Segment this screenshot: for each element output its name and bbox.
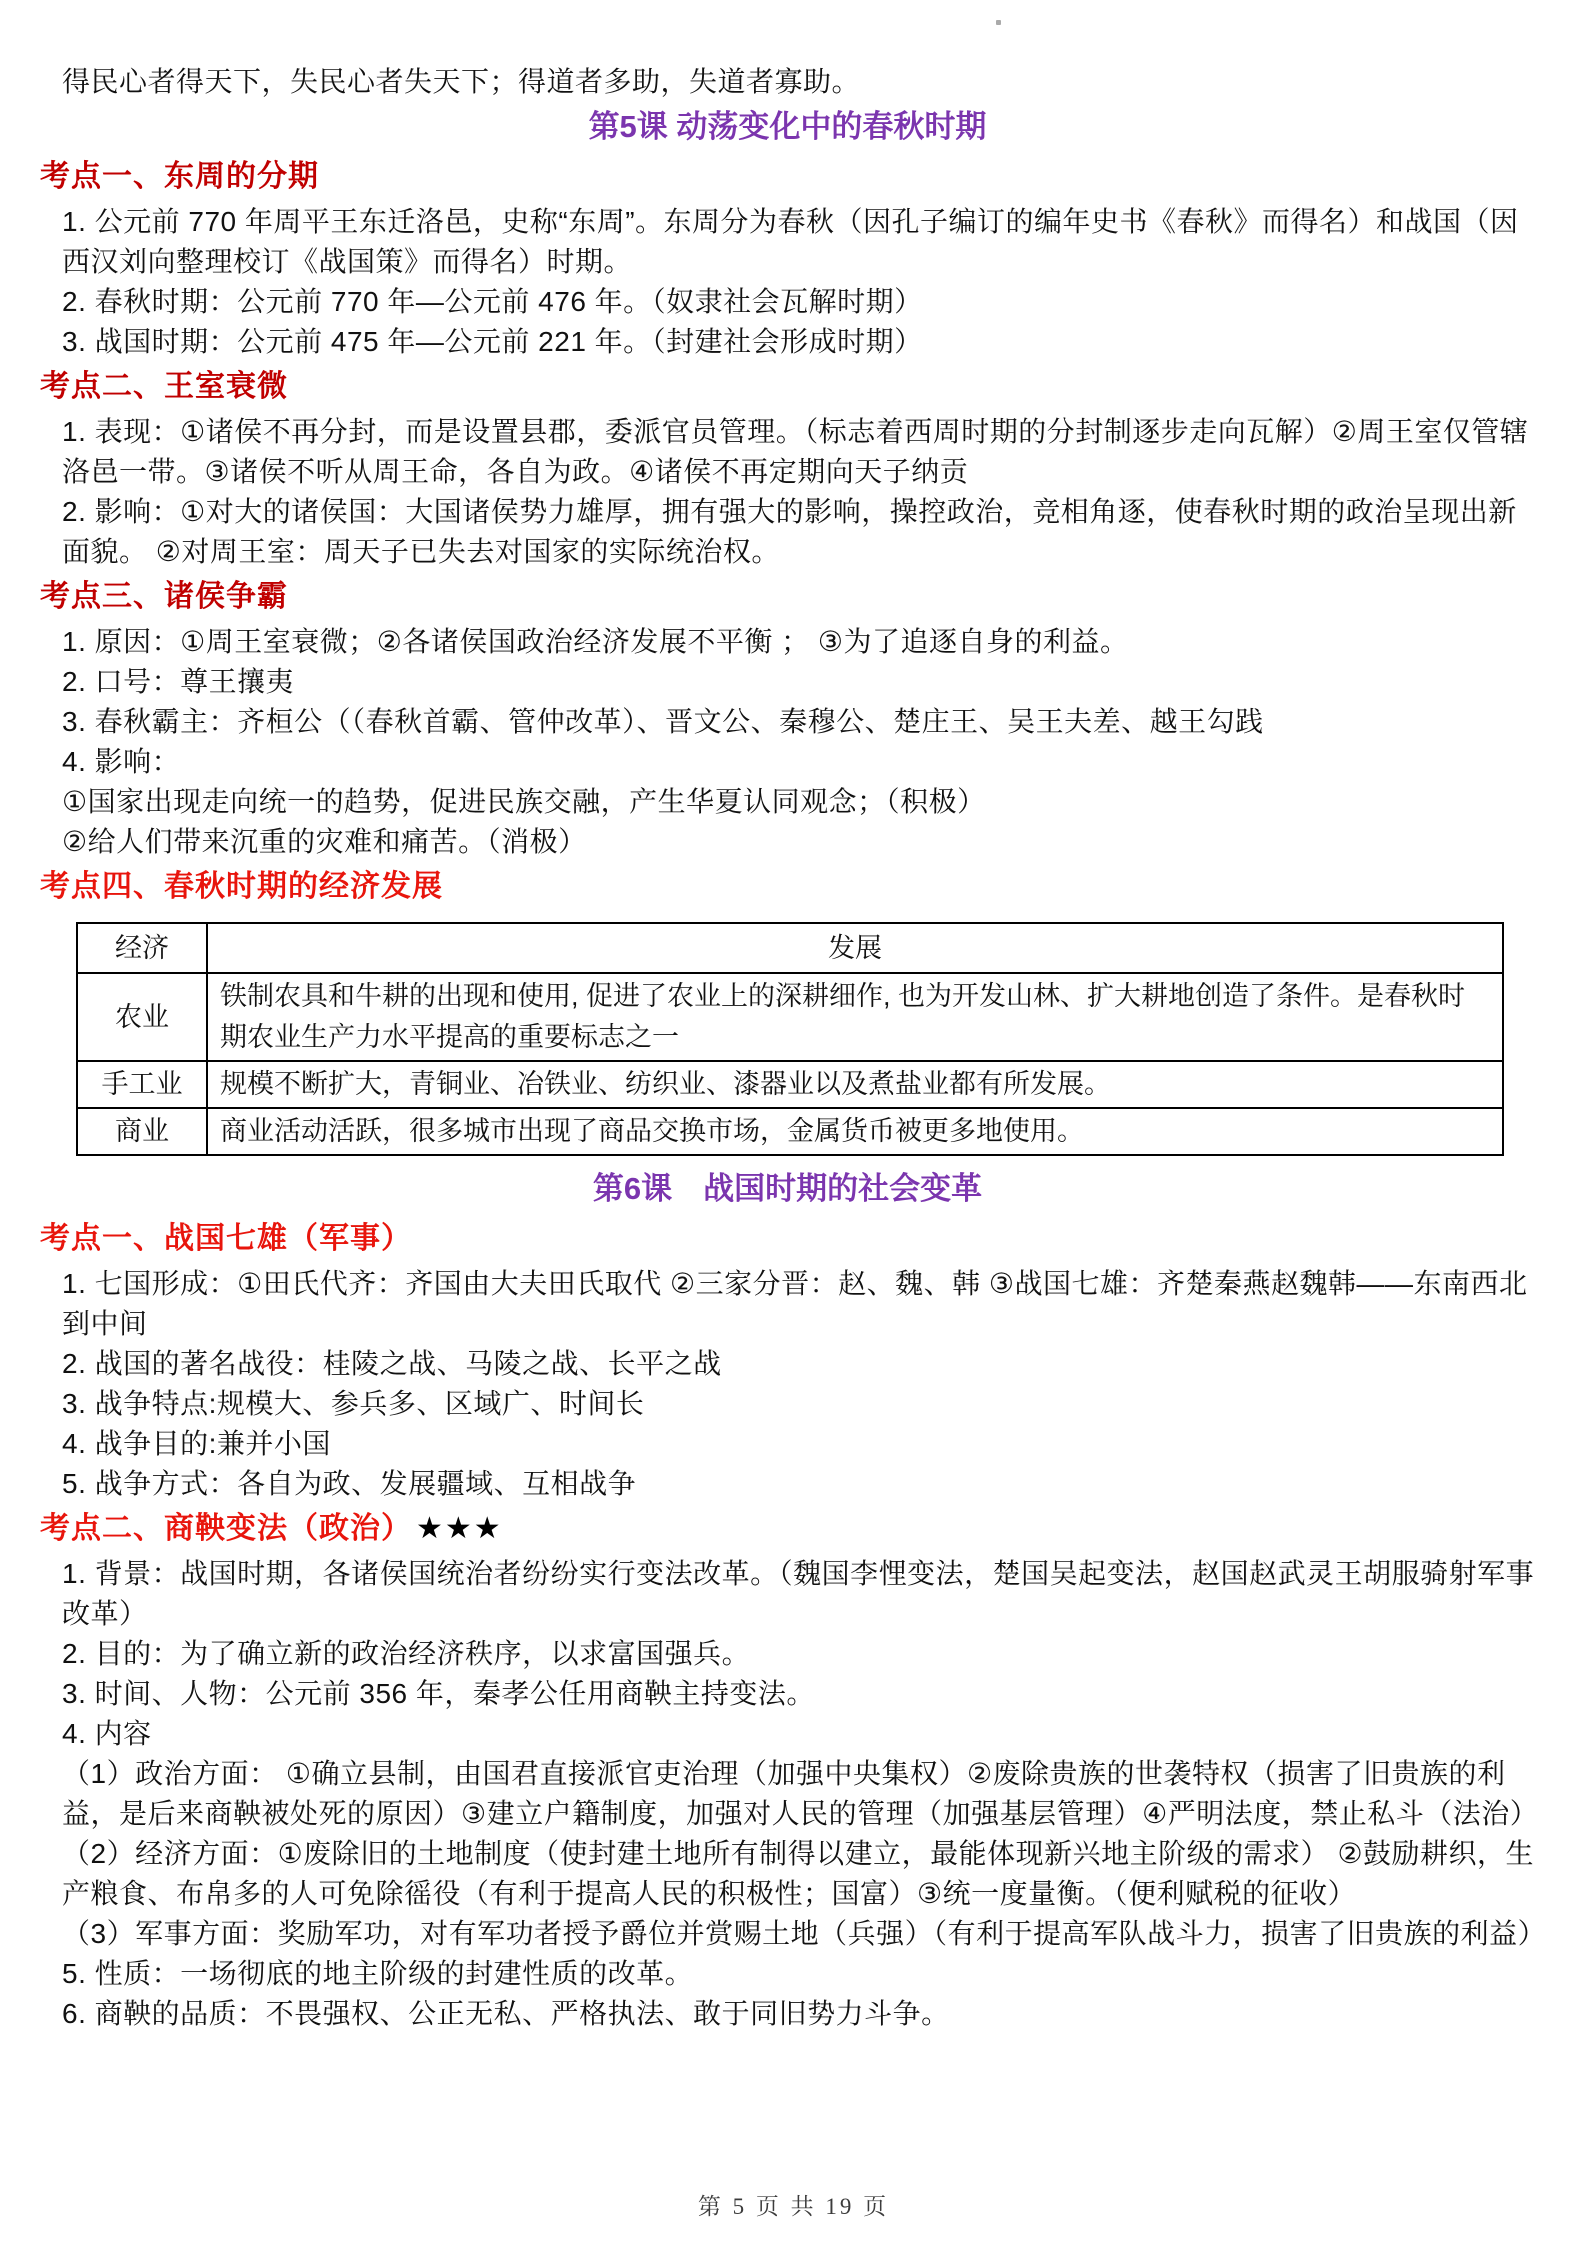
paragraph: 2. 影响：①对大的诸侯国：大国诸侯势力雄厚，拥有强大的影响，操控政治，竞相角逐…	[62, 492, 1535, 572]
paragraph: 4. 内容	[62, 1714, 1535, 1754]
topic-heading-l5-1: 考点一、东周的分期	[40, 152, 1535, 202]
paragraph: 3. 战争特点:规模大、参兵多、区域广、时间长	[62, 1384, 1535, 1424]
paragraph: 3. 时间、人物：公元前 356 年，秦孝公任用商鞅主持变法。	[62, 1674, 1535, 1714]
paragraph: 4. 战争目的:兼并小国	[62, 1424, 1535, 1464]
table-cell-label: 商业	[77, 1108, 207, 1155]
paragraph: 2. 战国的著名战役：桂陵之战、马陵之战、长平之战	[62, 1344, 1535, 1384]
table-header-row: 经济 发展	[77, 923, 1503, 973]
topic-heading-text: 考点二、商鞅变法（政治）	[40, 1512, 412, 1545]
paragraph: ②给人们带来沉重的灾难和痛苦。（消极）	[62, 822, 1535, 862]
paragraph: 1. 七国形成：①田氏代齐：齐国由大夫田氏取代 ②三家分晋：赵、魏、韩 ③战国七…	[62, 1264, 1535, 1344]
document-page: 得民心者得天下，失民心者失天下；得道者多助，失道者寡助。 第5课 动荡变化中的春…	[0, 0, 1587, 2245]
paragraph: （1）政治方面： ①确立县制，由国君直接派官吏治理（加强中央集权）②废除贵族的世…	[62, 1754, 1535, 1834]
topic-heading-l5-2: 考点二、王室衰微	[40, 362, 1535, 412]
table-cell-text: 规模不断扩大，青铜业、冶铁业、纺织业、漆器业以及煮盐业都有所发展。	[207, 1061, 1503, 1108]
paragraph: 1. 表现：①诸侯不再分封，而是设置县郡，委派官员管理。（标志着西周时期的分封制…	[62, 412, 1535, 492]
lesson6-title: 第6课 战国时期的社会变革	[40, 1164, 1535, 1214]
page-content: 得民心者得天下，失民心者失天下；得道者多助，失道者寡助。 第5课 动荡变化中的春…	[0, 0, 1587, 2034]
topic-heading-l5-3: 考点三、诸侯争霸	[40, 572, 1535, 622]
paragraph: 3. 战国时期：公元前 475 年—公元前 221 年。（封建社会形成时期）	[62, 322, 1535, 362]
paragraph: 1. 背景：战国时期，各诸侯国统治者纷纷实行变法改革。（魏国李悝变法，楚国吴起变…	[62, 1554, 1535, 1634]
paragraph: 5. 战争方式：各自为政、发展疆域、互相战争	[62, 1464, 1535, 1504]
page-mark-dot	[996, 20, 1001, 25]
topic-heading-l6-2: 考点二、商鞅变法（政治）★★★	[40, 1504, 1535, 1554]
paragraph: 1. 公元前 770 年周平王东迁洛邑，史称“东周”。东周分为春秋（因孔子编订的…	[62, 202, 1535, 282]
table-row: 商业 商业活动活跃，很多城市出现了商品交换市场，金属货币被更多地使用。	[77, 1108, 1503, 1155]
paragraph: 2. 口号：尊王攘夷	[62, 662, 1535, 702]
paragraph: 2. 目的：为了确立新的政治经济秩序，以求富国强兵。	[62, 1634, 1535, 1674]
paragraph: 2. 春秋时期：公元前 770 年—公元前 476 年。（奴隶社会瓦解时期）	[62, 282, 1535, 322]
footer-page-number: 第 5 页 共 19 页	[0, 2188, 1587, 2221]
paragraph: 3. 春秋霸主：齐桓公（（春秋首霸、管仲改革）、晋文公、秦穆公、楚庄王、吴王夫差…	[62, 702, 1535, 742]
topic-heading-l5-4: 考点四、春秋时期的经济发展	[40, 862, 1535, 912]
paragraph: （3）军事方面：奖励军功，对有军功者授予爵位并赏赐土地（兵强）（有利于提高军队战…	[62, 1914, 1535, 1954]
paragraph: 1. 原因：①周王室衰微；②各诸侯国政治经济发展不平衡 ； ③为了追逐自身的利益…	[62, 622, 1535, 662]
economy-table: 经济 发展 农业 铁制农具和牛耕的出现和使用, 促进了农业上的深耕细作, 也为开…	[76, 922, 1504, 1156]
table-row: 农业 铁制农具和牛耕的出现和使用, 促进了农业上的深耕细作, 也为开发山林、扩大…	[77, 973, 1503, 1061]
paragraph: 4. 影响：	[62, 742, 1535, 782]
paragraph: （2）经济方面：①废除旧的土地制度（使封建土地所有制得以建立，最能体现新兴地主阶…	[62, 1834, 1535, 1914]
importance-stars: ★★★	[416, 1512, 503, 1545]
table-cell-label: 手工业	[77, 1061, 207, 1108]
table-header-development: 发展	[207, 923, 1503, 973]
table-cell-text: 铁制农具和牛耕的出现和使用, 促进了农业上的深耕细作, 也为开发山林、扩大耕地创…	[207, 973, 1503, 1061]
table-cell-label: 农业	[77, 973, 207, 1061]
paragraph: 5. 性质：一场彻底的地主阶级的封建性质的改革。	[62, 1954, 1535, 1994]
table-row: 手工业 规模不断扩大，青铜业、冶铁业、纺织业、漆器业以及煮盐业都有所发展。	[77, 1061, 1503, 1108]
table-header-economy: 经济	[77, 923, 207, 973]
table-cell-text: 商业活动活跃，很多城市出现了商品交换市场，金属货币被更多地使用。	[207, 1108, 1503, 1155]
topic-heading-l6-1: 考点一、战国七雄（军事）	[40, 1214, 1535, 1264]
paragraph: 6. 商鞅的品质：不畏强权、公正无私、严格执法、敢于同旧势力斗争。	[62, 1994, 1535, 2034]
intro-line: 得民心者得天下，失民心者失天下；得道者多助，失道者寡助。	[62, 62, 1535, 102]
paragraph: ①国家出现走向统一的趋势，促进民族交融，产生华夏认同观念；（积极）	[62, 782, 1535, 822]
lesson5-title: 第5课 动荡变化中的春秋时期	[40, 102, 1535, 152]
